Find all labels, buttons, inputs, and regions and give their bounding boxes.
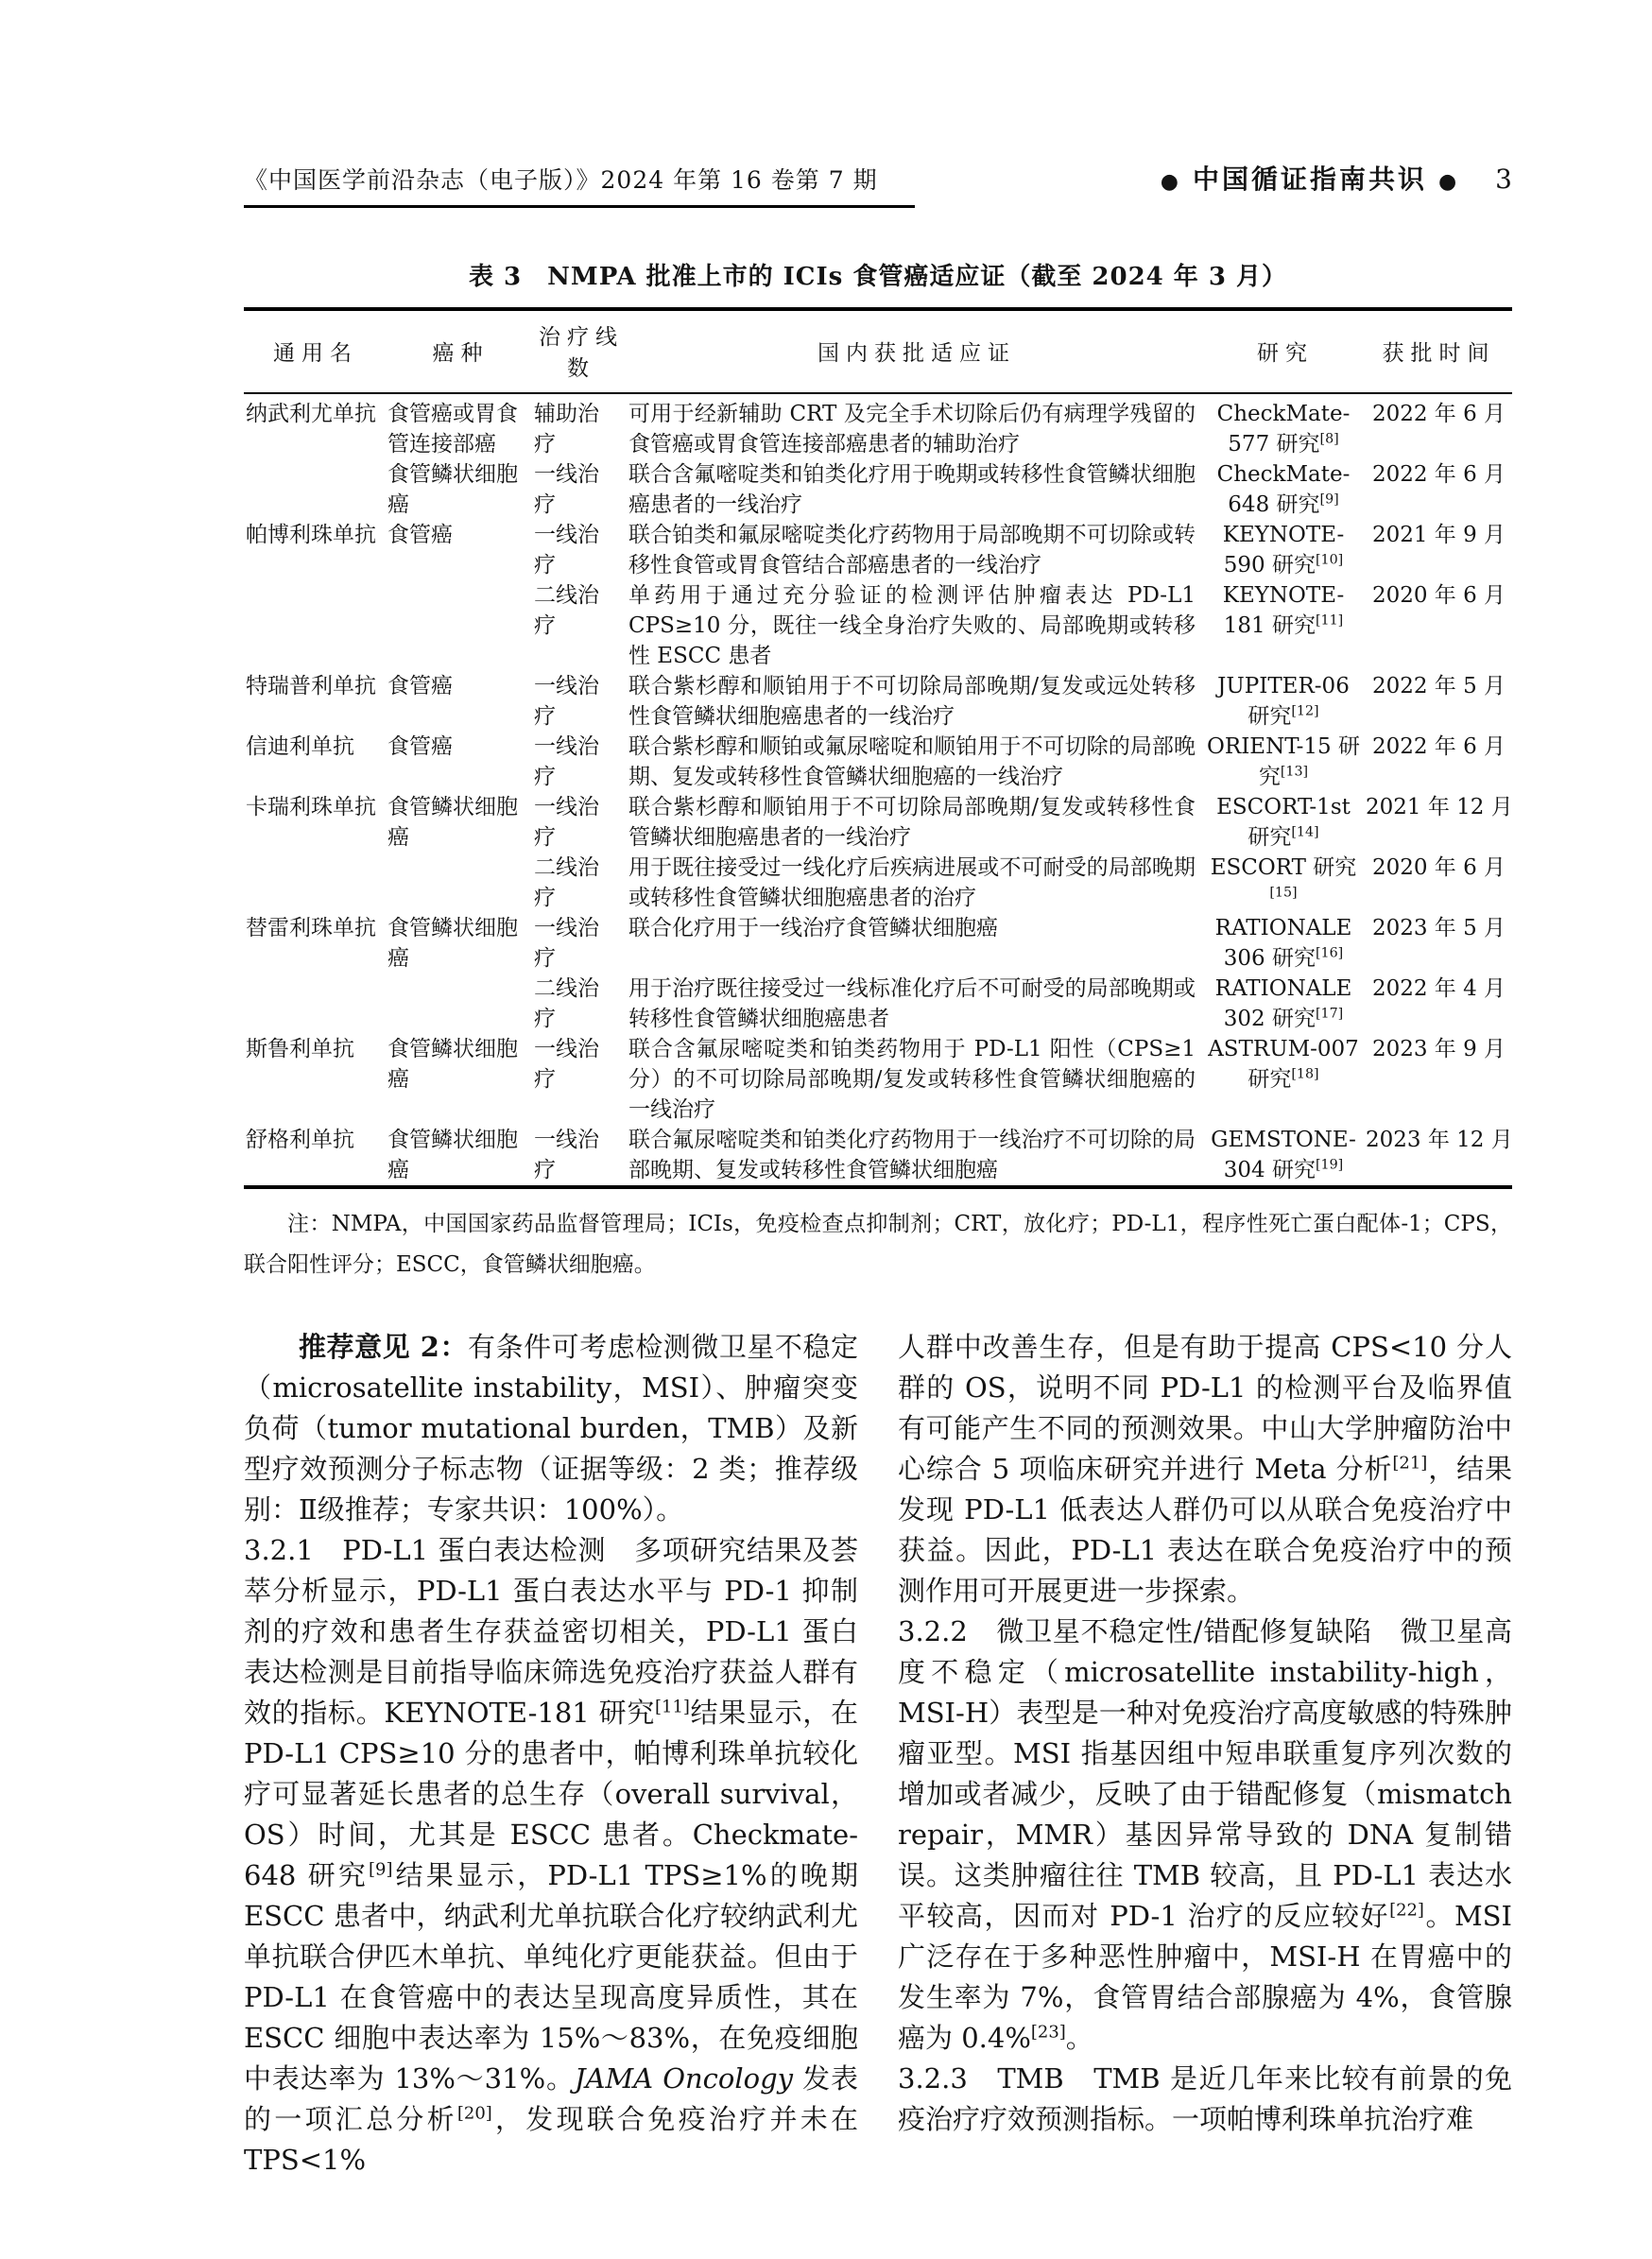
cell-study: CheckMate-577 研究[8] <box>1205 393 1366 459</box>
cell-approval-date: 2021 年 9 月 <box>1366 520 1512 580</box>
page-header: 《中国医学前沿杂志（电子版）》2024 年第 16 卷第 7 期 ●中国循证指南… <box>244 159 1512 208</box>
bullet-icon: ● <box>1161 169 1181 194</box>
cell-treatment-line: 一线治疗 <box>534 459 628 520</box>
reference-superscript: [11] <box>655 1697 690 1716</box>
reference-superscript: [23] <box>1031 2022 1066 2042</box>
cell-treatment-line: 一线治疗 <box>534 732 628 792</box>
cell-drug <box>244 459 387 520</box>
col-header-line: 治疗线数 <box>534 309 628 393</box>
cell-cancer: 食管癌 <box>387 671 534 732</box>
cell-indication: 单药用于通过充分验证的检测评估肿瘤表达 PD-L1 CPS≥10 分，既往一线全… <box>628 580 1205 671</box>
col-header-indication: 国内获批适应证 <box>628 309 1205 393</box>
article-body: 推荐意见 2：有条件可考虑检测微卫星不稳定（microsatellite ins… <box>244 1327 1512 2181</box>
cell-approval-date: 2022 年 6 月 <box>1366 459 1512 520</box>
cell-approval-date: 2023 年 12 月 <box>1366 1125 1512 1187</box>
cell-study: ESCORT 研究[15] <box>1205 853 1366 913</box>
cell-drug: 替雷利珠单抗 <box>244 913 387 974</box>
body-paragraph: 人群中改善生存，但是有助于提高 CPS<10 分人群的 OS，说明不同 PD-L… <box>898 1327 1512 1612</box>
col-header-drug: 通用名 <box>244 309 387 393</box>
col-header-cancer: 癌种 <box>387 309 534 393</box>
cell-drug <box>244 974 387 1034</box>
cell-drug: 纳武利尤单抗 <box>244 393 387 459</box>
cell-drug: 斯鲁利单抗 <box>244 1034 387 1125</box>
cell-indication: 联合含氟尿嘧啶类和铂类药物用于 PD-L1 阳性（CPS≥1 分）的不可切除局部… <box>628 1034 1205 1125</box>
cell-approval-date: 2022 年 6 月 <box>1366 732 1512 792</box>
cell-approval-date: 2020 年 6 月 <box>1366 580 1512 671</box>
cell-indication: 用于既往接受过一线化疗后疾病进展或不可耐受的局部晚期或转移性食管鳞状细胞癌患者的… <box>628 853 1205 913</box>
table-row: 替雷利珠单抗 食管鳞状细胞癌 一线治疗 联合化疗用于一线治疗食管鳞状细胞癌 RA… <box>244 913 1512 974</box>
cell-study: CheckMate-648 研究[9] <box>1205 459 1366 520</box>
cell-treatment-line: 二线治疗 <box>534 974 628 1034</box>
cell-study: RATIONALE 306 研究[16] <box>1205 913 1366 974</box>
cell-approval-date: 2020 年 6 月 <box>1366 853 1512 913</box>
cell-treatment-line: 一线治疗 <box>534 1125 628 1187</box>
col-header-study: 研究 <box>1205 309 1366 393</box>
cell-indication: 联合含氟嘧啶类和铂类化疗用于晚期或转移性食管鳞状细胞癌患者的一线治疗 <box>628 459 1205 520</box>
cell-cancer: 食管癌或胃食管连接部癌 <box>387 393 534 459</box>
cell-study: GEMSTONE-304 研究[19] <box>1205 1125 1366 1187</box>
right-column: 人群中改善生存，但是有助于提高 CPS<10 分人群的 OS，说明不同 PD-L… <box>898 1327 1512 2181</box>
cell-treatment-line: 一线治疗 <box>534 913 628 974</box>
cell-study: RATIONALE 302 研究[17] <box>1205 974 1366 1034</box>
cell-drug: 卡瑞利珠单抗 <box>244 792 387 853</box>
reference-superscript: [9] <box>369 1859 392 1879</box>
cell-approval-date: 2023 年 9 月 <box>1366 1034 1512 1125</box>
cell-drug: 信迪利单抗 <box>244 732 387 792</box>
cell-treatment-line: 一线治疗 <box>534 1034 628 1125</box>
body-paragraph: 3.2.1 PD-L1 蛋白表达检测 多项研究结果及荟萃分析显示，PD-L1 蛋… <box>244 1530 858 2181</box>
table-row: 特瑞普利单抗 食管癌 一线治疗 联合紫杉醇和顺铂用于不可切除局部晚期/复发或远处… <box>244 671 1512 732</box>
cell-treatment-line: 一线治疗 <box>534 671 628 732</box>
cell-drug: 特瑞普利单抗 <box>244 671 387 732</box>
cell-study: JUPITER-06 研究[12] <box>1205 671 1366 732</box>
cell-indication: 联合氟尿嘧啶类和铂类化疗药物用于一线治疗不可切除的局部晚期、复发或转移性食管鳞状… <box>628 1125 1205 1187</box>
cell-cancer: 食管鳞状细胞癌 <box>387 913 534 974</box>
table-title: 表 3 NMPA 批准上市的 ICIs 食管癌适应证（截至 2024 年 3 月… <box>244 257 1512 292</box>
cell-study: KEYNOTE-590 研究[10] <box>1205 520 1366 580</box>
body-paragraph: 推荐意见 2：有条件可考虑检测微卫星不稳定（microsatellite ins… <box>244 1327 858 1530</box>
cell-treatment-line: 一线治疗 <box>534 792 628 853</box>
cell-indication: 可用于经新辅助 CRT 及完全手术切除后仍有病理学残留的食管癌或胃食管连接部癌患… <box>628 393 1205 459</box>
table-row: 卡瑞利珠单抗 食管鳞状细胞癌 一线治疗 联合紫杉醇和顺铂用于不可切除局部晚期/复… <box>244 792 1512 853</box>
journal-citation: 《中国医学前沿杂志（电子版）》2024 年第 16 卷第 7 期 <box>244 162 878 196</box>
cell-cancer: 食管鳞状细胞癌 <box>387 1125 534 1187</box>
cell-study: ASTRUM-007 研究[18] <box>1205 1034 1366 1125</box>
cell-treatment-line: 辅助治疗 <box>534 393 628 459</box>
table-note: 注：NMPA，中国国家药品监督管理局；ICIs，免疫检查点抑制剂；CRT，放化疗… <box>244 1204 1512 1285</box>
journal-page: 《中国医学前沿杂志（电子版）》2024 年第 16 卷第 7 期 ●中国循证指南… <box>0 0 1652 2259</box>
cell-indication: 联合紫杉醇和顺铂用于不可切除局部晚期/复发或远处转移性食管鳞状细胞癌患者的一线治… <box>628 671 1205 732</box>
section-name: 中国循证指南共识 <box>1193 164 1427 195</box>
header-rule <box>244 205 915 208</box>
cell-indication: 联合化疗用于一线治疗食管鳞状细胞癌 <box>628 913 1205 974</box>
column-marker: ●中国循证指南共识●3 <box>1149 159 1512 197</box>
cell-cancer <box>387 853 534 913</box>
reference-superscript: [21] <box>1392 1453 1427 1473</box>
cell-treatment-line: 二线治疗 <box>534 853 628 913</box>
table-row: 斯鲁利单抗 食管鳞状细胞癌 一线治疗 联合含氟尿嘧啶类和铂类药物用于 PD-L1… <box>244 1034 1512 1125</box>
cell-study: ORIENT-15 研究[13] <box>1205 732 1366 792</box>
cell-cancer: 食管鳞状细胞癌 <box>387 1034 534 1125</box>
body-paragraph: 3.2.2 微卫星不稳定性/错配修复缺陷 微卫星高度不稳定（microsatel… <box>898 1612 1512 2059</box>
cell-indication: 联合铂类和氟尿嘧啶类化疗药物用于局部晚期不可切除或转移性食管或胃食管结合部癌患者… <box>628 520 1205 580</box>
cell-approval-date: 2022 年 4 月 <box>1366 974 1512 1034</box>
cell-cancer: 食管鳞状细胞癌 <box>387 459 534 520</box>
table-row: 食管鳞状细胞癌 一线治疗 联合含氟嘧啶类和铂类化疗用于晚期或转移性食管鳞状细胞癌… <box>244 459 1512 520</box>
reference-superscript: [22] <box>1389 1900 1424 1920</box>
cell-cancer: 食管鳞状细胞癌 <box>387 792 534 853</box>
cell-treatment-line: 一线治疗 <box>534 520 628 580</box>
cell-approval-date: 2022 年 5 月 <box>1366 671 1512 732</box>
page-number: 3 <box>1495 164 1512 195</box>
table-row: 二线治疗 单药用于通过充分验证的检测评估肿瘤表达 PD-L1 CPS≥10 分，… <box>244 580 1512 671</box>
cell-approval-date: 2021 年 12 月 <box>1366 792 1512 853</box>
table-row: 二线治疗 用于治疗既往接受过一线标准化疗后不可耐受的局部晚期或转移性食管鳞状细胞… <box>244 974 1512 1034</box>
body-paragraph: 3.2.3 TMB TMB 是近几年来比较有前景的免疫治疗疗效预测指标。一项帕博… <box>898 2059 1512 2140</box>
cell-drug <box>244 853 387 913</box>
table-row: 帕博利珠单抗 食管癌 一线治疗 联合铂类和氟尿嘧啶类化疗药物用于局部晚期不可切除… <box>244 520 1512 580</box>
table-header-row: 通用名 癌种 治疗线数 国内获批适应证 研究 获批时间 <box>244 309 1512 393</box>
cell-indication: 用于治疗既往接受过一线标准化疗后不可耐受的局部晚期或转移性食管鳞状细胞癌患者 <box>628 974 1205 1034</box>
table-row: 信迪利单抗 食管癌 一线治疗 联合紫杉醇和顺铂或氟尿嘧啶和顺铂用于不可切除的局部… <box>244 732 1512 792</box>
cell-indication: 联合紫杉醇和顺铂用于不可切除局部晚期/复发或转移性食管鳞状细胞癌患者的一线治疗 <box>628 792 1205 853</box>
cell-indication: 联合紫杉醇和顺铂或氟尿嘧啶和顺铂用于不可切除的局部晚期、复发或转移性食管鳞状细胞… <box>628 732 1205 792</box>
left-column: 推荐意见 2：有条件可考虑检测微卫星不稳定（microsatellite ins… <box>244 1327 858 2181</box>
bullet-icon: ● <box>1438 169 1459 194</box>
table-row: 纳武利尤单抗 食管癌或胃食管连接部癌 辅助治疗 可用于经新辅助 CRT 及完全手… <box>244 393 1512 459</box>
cell-cancer: 食管癌 <box>387 732 534 792</box>
cell-cancer <box>387 580 534 671</box>
cell-treatment-line: 二线治疗 <box>534 580 628 671</box>
cell-drug: 帕博利珠单抗 <box>244 520 387 580</box>
table-row: 舒格利单抗 食管鳞状细胞癌 一线治疗 联合氟尿嘧啶类和铂类化疗药物用于一线治疗不… <box>244 1125 1512 1187</box>
cell-drug <box>244 580 387 671</box>
cell-drug: 舒格利单抗 <box>244 1125 387 1187</box>
cell-cancer: 食管癌 <box>387 520 534 580</box>
col-header-date: 获批时间 <box>1366 309 1512 393</box>
cell-approval-date: 2023 年 5 月 <box>1366 913 1512 974</box>
cell-study: KEYNOTE-181 研究[11] <box>1205 580 1366 671</box>
cell-approval-date: 2022 年 6 月 <box>1366 393 1512 459</box>
cell-cancer <box>387 974 534 1034</box>
approval-table: 通用名 癌种 治疗线数 国内获批适应证 研究 获批时间 纳武利尤单抗 食管癌或胃… <box>244 307 1512 1189</box>
cell-study: ESCORT-1st 研究[14] <box>1205 792 1366 853</box>
reference-superscript: [20] <box>457 2103 492 2123</box>
table-row: 二线治疗 用于既往接受过一线化疗后疾病进展或不可耐受的局部晚期或转移性食管鳞状细… <box>244 853 1512 913</box>
